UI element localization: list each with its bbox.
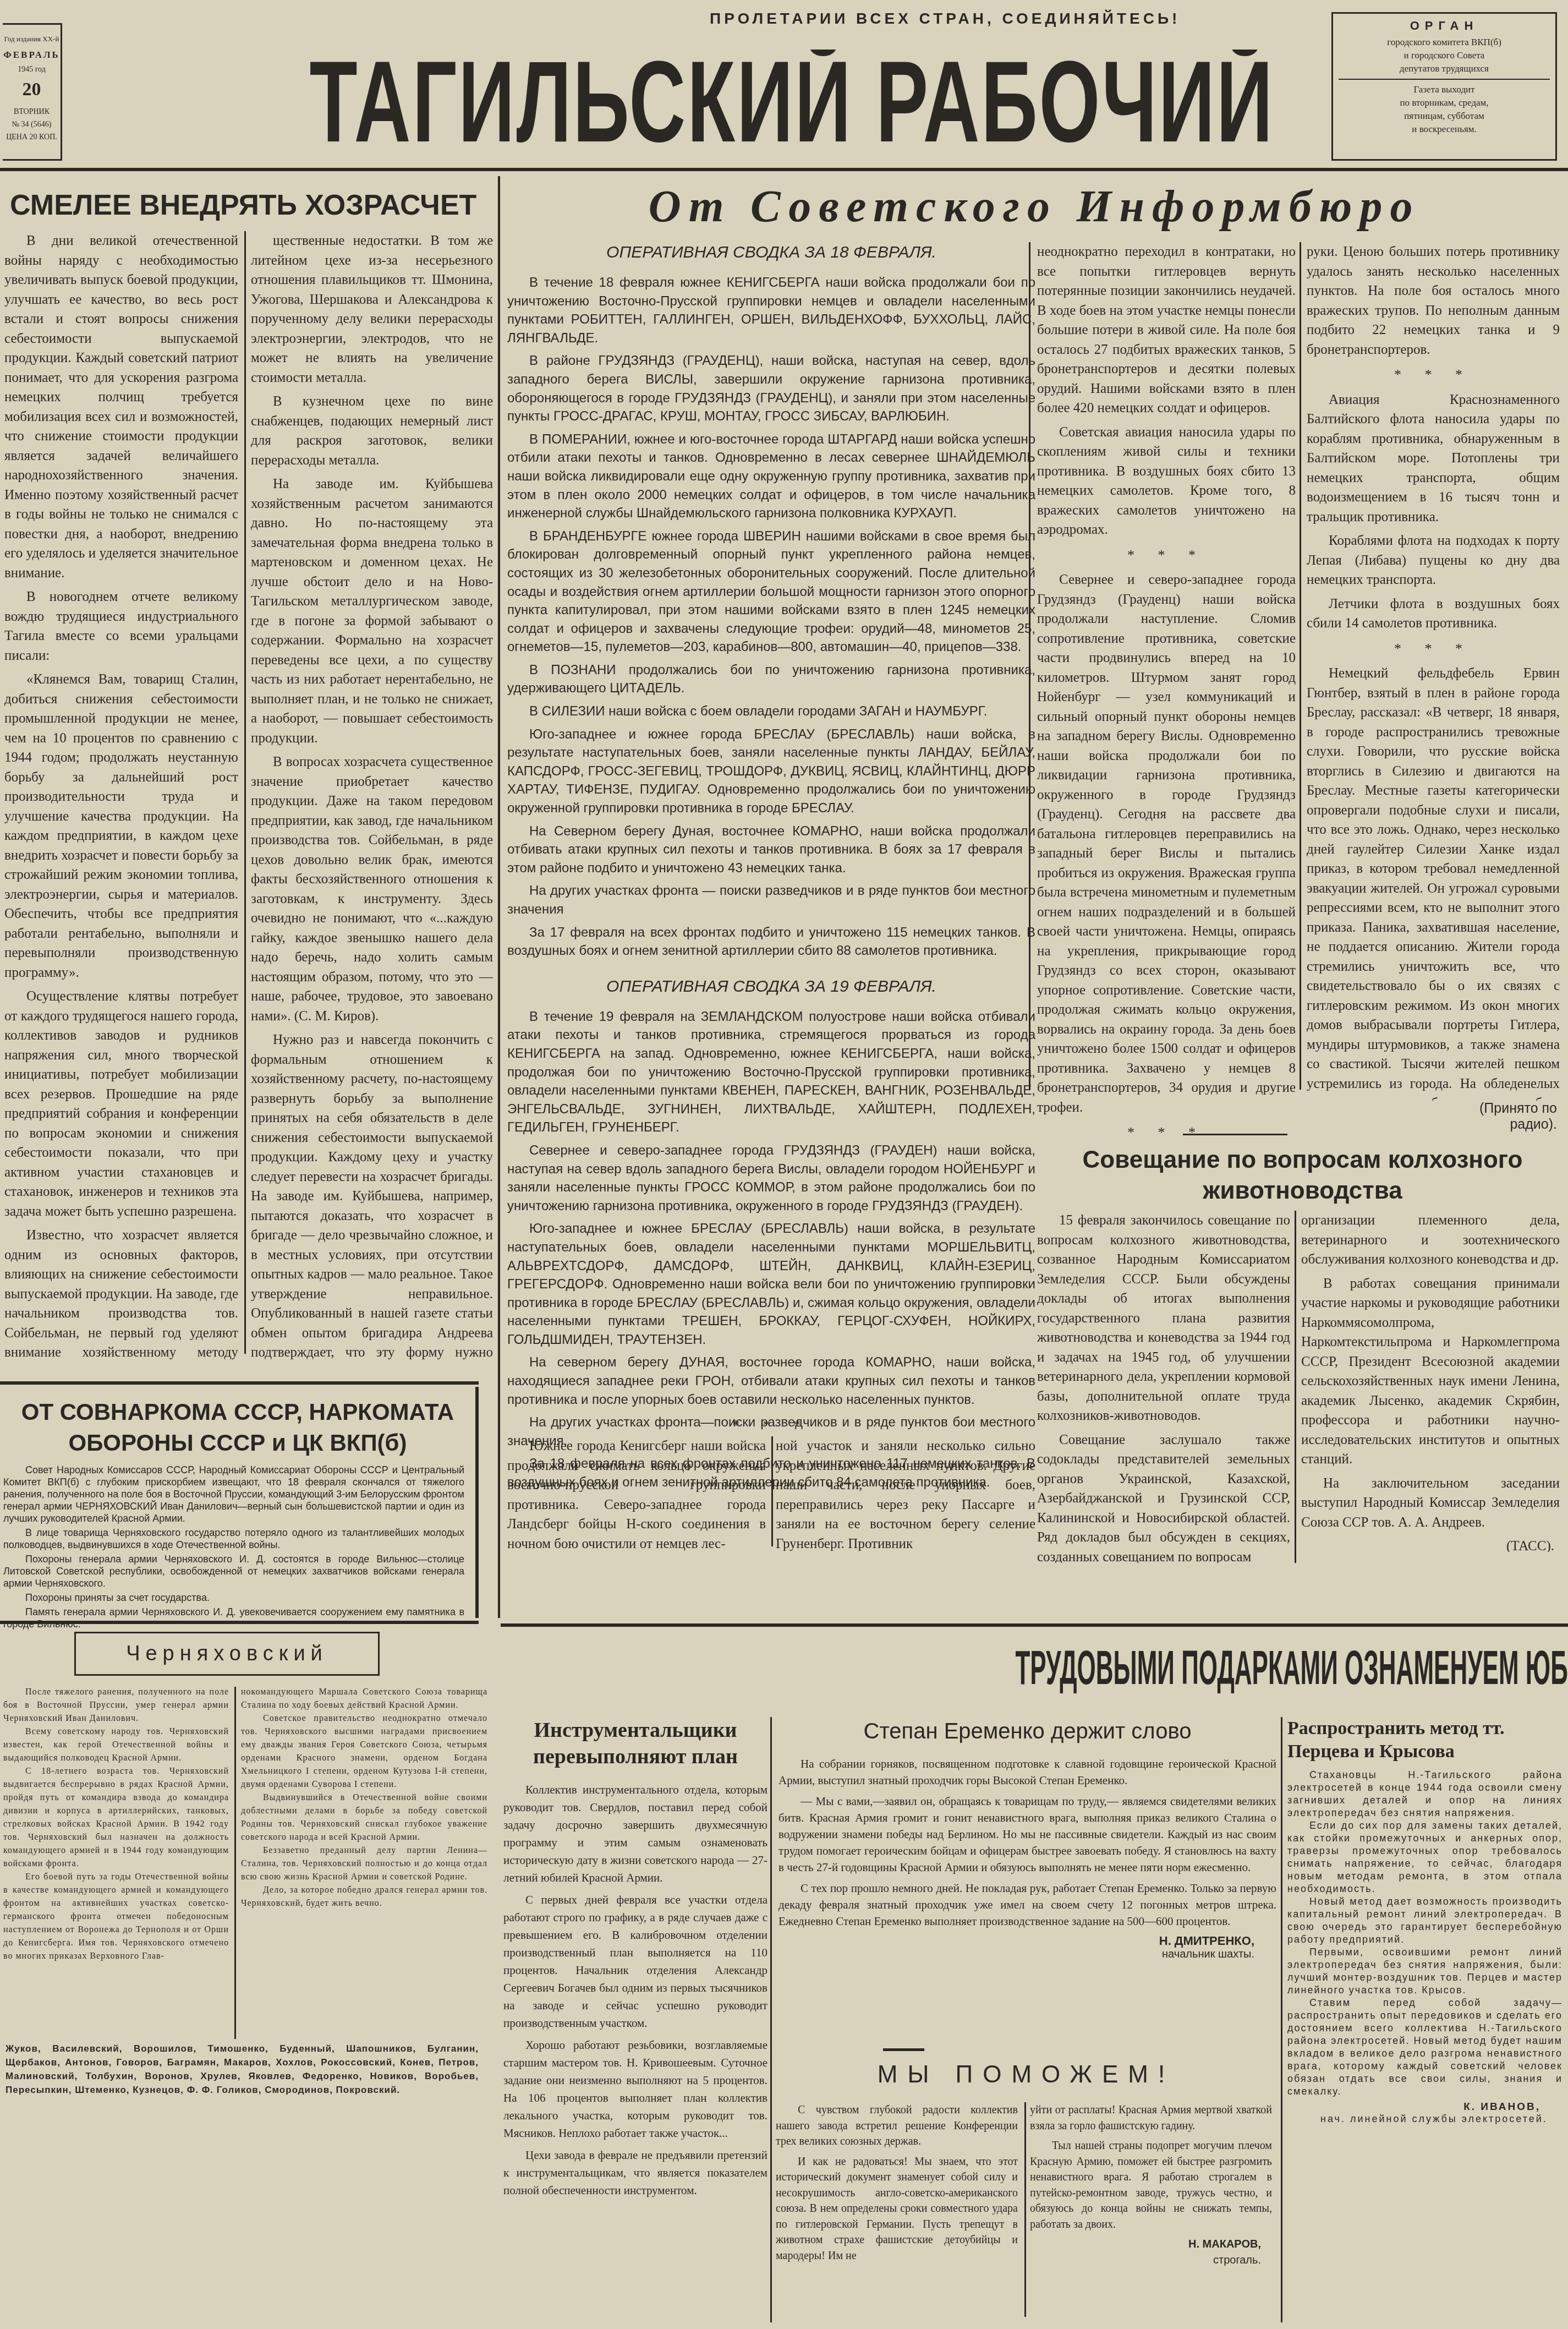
method-title: Распространить метод тт. Перцева и Крысо… (1287, 1717, 1562, 1763)
we-will-help-title: МЫ ПОМОЖЕМ! (776, 2058, 1276, 2091)
we-will-help-author-title: строгаль. (1030, 2253, 1272, 2268)
column-rule (771, 1436, 773, 1546)
obituary: Черняховский После тяжелого ранения, пол… (0, 1632, 495, 2329)
editorial-title: СМЕЛЕЕ ВНЕДРЯТЬ ХОЗРАСЧЕТ (10, 187, 494, 223)
issue-number: № 34 (5646) (3, 118, 61, 131)
column-rule (244, 231, 246, 1354)
stars-divider: * * * (507, 1417, 1035, 1434)
issue-weekday: ВТОРНИК (3, 106, 61, 118)
we-will-help-col2: уйти от расплаты! Красная Армия мертвой … (1030, 2102, 1272, 2328)
bottom-col1: Южнее города Кенигсберг наши войска прод… (507, 1436, 766, 1552)
toolmakers-title: Инструментальщики перевыполняют план (503, 1717, 767, 1770)
livestock-col2: организации племенного дела, ветеринарно… (1301, 1211, 1560, 1552)
notice-top-rule (0, 1381, 479, 1385)
year-of-publication: Год издания XX-й (3, 32, 61, 45)
column-rule (1300, 242, 1301, 1090)
sovnarkom-body: Совет Народных Комиссаров СССР, Народный… (3, 1464, 464, 1630)
method-author-title: нач. линейной службы электросетей. (1287, 2113, 1562, 2125)
eremenko-body: На собрании горняков, посвященном подгот… (778, 1756, 1276, 1929)
obituary-title-box: Черняховский (74, 1632, 380, 1676)
column-rule (770, 1717, 772, 2322)
organ-divider (1339, 79, 1550, 80)
method-author: К. ИВАНОВ, (1287, 2101, 1562, 2113)
ornament-divider (883, 2048, 924, 2051)
eremenko-author-title: начальник шахты. (778, 1948, 1276, 1961)
livestock-col1: 15 февраля закончилось совещание по вопр… (1037, 1211, 1290, 1563)
organ-box: ОРГАН городского комитета ВКП(б) и город… (1331, 12, 1557, 161)
obituary-signatures: Жуков, Василевский, Ворошилов, Тимошенко… (6, 2042, 479, 2097)
organ-line3: депутатов трудящихся (1333, 62, 1555, 75)
sovnarkom-title-1: ОТ СОВНАРКОМА СССР, НАРКОМАТА (0, 1397, 475, 1428)
schedule-line1: Газета выходит (1333, 83, 1555, 96)
column-rule (1281, 1717, 1282, 2322)
schedule-line3: пятницам, субботам (1333, 110, 1555, 123)
organ-label: ОРГАН (1333, 19, 1555, 32)
column-rule (1295, 1211, 1296, 1563)
newspaper-title-text: ТАГИЛЬСКИЙ РАБОЧИЙ (310, 50, 1275, 154)
editorial-col2: щественные недостатки. В том же литейном… (251, 231, 493, 1365)
ornament-divider (1183, 1134, 1287, 1135)
eremenko-title: Степан Еременко держит слово (778, 1717, 1276, 1746)
sovinformburo: От Советского Информбюро ОПЕРАТИВНАЯ СВО… (501, 176, 1568, 1629)
organ-line1: городского комитета ВКП(б) (1333, 36, 1555, 49)
eremenko-author: Н. ДМИТРЕНКО, (778, 1934, 1276, 1948)
sovinformburo-col3: неоднократно переходил в контратаки, но … (1037, 242, 1296, 1145)
eremenko-article: Степан Еременко держит слово На собрании… (778, 1717, 1276, 2014)
report-18: ОПЕРАТИВНАЯ СВОДКА ЗА 18 ФЕВРАЛЯ. В тече… (507, 239, 1035, 1496)
masthead: Год издания XX-й ФЕВРАЛЬ 1945 год 20 ВТО… (0, 0, 1568, 176)
organ-line2: и городского Совета (1333, 49, 1555, 62)
sovnarkom-title-2: ОБОРОНЫ СССР и ЦК ВКП(б) (0, 1428, 475, 1458)
column-rule (1029, 242, 1030, 1090)
masthead-rule (0, 168, 1568, 171)
tass-source: (ТАСС). (1301, 1537, 1560, 1552)
toolmakers-article: Инструментальщики перевыполняют план Кол… (503, 1717, 767, 2329)
radio-note: (Принято по радио). (1436, 1101, 1557, 1133)
bottom-col2: ной участок и заняли несколько сильно ук… (776, 1436, 1035, 1552)
issue-year: 1945 год (3, 63, 61, 76)
labor-banner: ТРУДОВЫМИ ПОДАРКАМИ ОЗНАМЕНУЕМ ЮБИЛЕЙ ГЕ… (501, 1634, 1568, 1706)
toolmakers-body: Коллектив инструментального отдела, кото… (503, 1781, 767, 2320)
method-body: Стахановцы Н.-Тагильского района электро… (1287, 1769, 1562, 2098)
schedule-line4: и воскресеньям. (1333, 123, 1555, 136)
method-article: Распространить метод тт. Перцева и Крысо… (1287, 1717, 1562, 2329)
obituary-col2: нокомандующего Маршала Советского Союза … (241, 1686, 487, 2082)
we-will-help-author: Н. МАКАРОВ, (1030, 2237, 1272, 2253)
notice-bottom-rule (0, 1621, 479, 1624)
sovinformburo-title: От Советского Информбюро (567, 176, 1502, 237)
obituary-col1: После тяжелого ранения, полученного на п… (3, 1686, 229, 2082)
editorial-col1: В дни великой отечественной войны наряду… (4, 231, 238, 1365)
schedule-line2: по вторникам, средам, (1333, 96, 1555, 110)
labor-banner-title: ТРУДОВЫМИ ПОДАРКАМИ ОЗНАМЕНУЕМ ЮБИЛЕЙ ГЕ… (1015, 1634, 1568, 1701)
obituary-title: Черняховский (126, 1642, 328, 1665)
sovnarkom-notice: ОТ СОВНАРКОМА СССР, НАРКОМАТА ОБОРОНЫ СС… (0, 1387, 479, 1618)
livestock-title: Совещание по вопросам колхозного животно… (1045, 1145, 1560, 1206)
editorial: СМЕЛЕЕ ВНЕДРЯТЬ ХОЗРАСЧЕТ В дни великой … (0, 176, 495, 1365)
slogan: ПРОЛЕТАРИИ ВСЕХ СТРАН, СОЕДИНЯЙТЕСЬ! (710, 10, 1287, 28)
issue-price: ЦЕНА 20 КОП. (3, 131, 61, 144)
report-18-heading: ОПЕРАТИВНАЯ СВОДКА ЗА 18 ФЕВРАЛЯ. (507, 239, 1035, 266)
page-column-rule (498, 176, 500, 1618)
we-will-help-col1: С чувством глубокой радости коллектив на… (776, 2102, 1018, 2328)
banner-top-rule (501, 1623, 1568, 1627)
column-rule (1024, 2102, 1026, 2317)
issue-month: ФЕВРАЛЬ (3, 48, 61, 61)
we-will-help-article: МЫ ПОМОЖЕМ! С чувством глубокой радости … (776, 2058, 1276, 2329)
column-rule (234, 1687, 236, 2039)
report-19-heading: ОПЕРАТИВНАЯ СВОДКА ЗА 19 ФЕВРАЛЯ. (507, 974, 1035, 1000)
issue-info-box: Год издания XX-й ФЕВРАЛЬ 1945 год 20 ВТО… (3, 23, 62, 161)
sovinformburo-col4: руки. Ценою больших потерь противнику уд… (1307, 242, 1560, 1101)
issue-day: 20 (3, 78, 61, 101)
newspaper-title: ТАГИЛЬСКИЙ РАБОЧИЙ (83, 50, 1320, 154)
